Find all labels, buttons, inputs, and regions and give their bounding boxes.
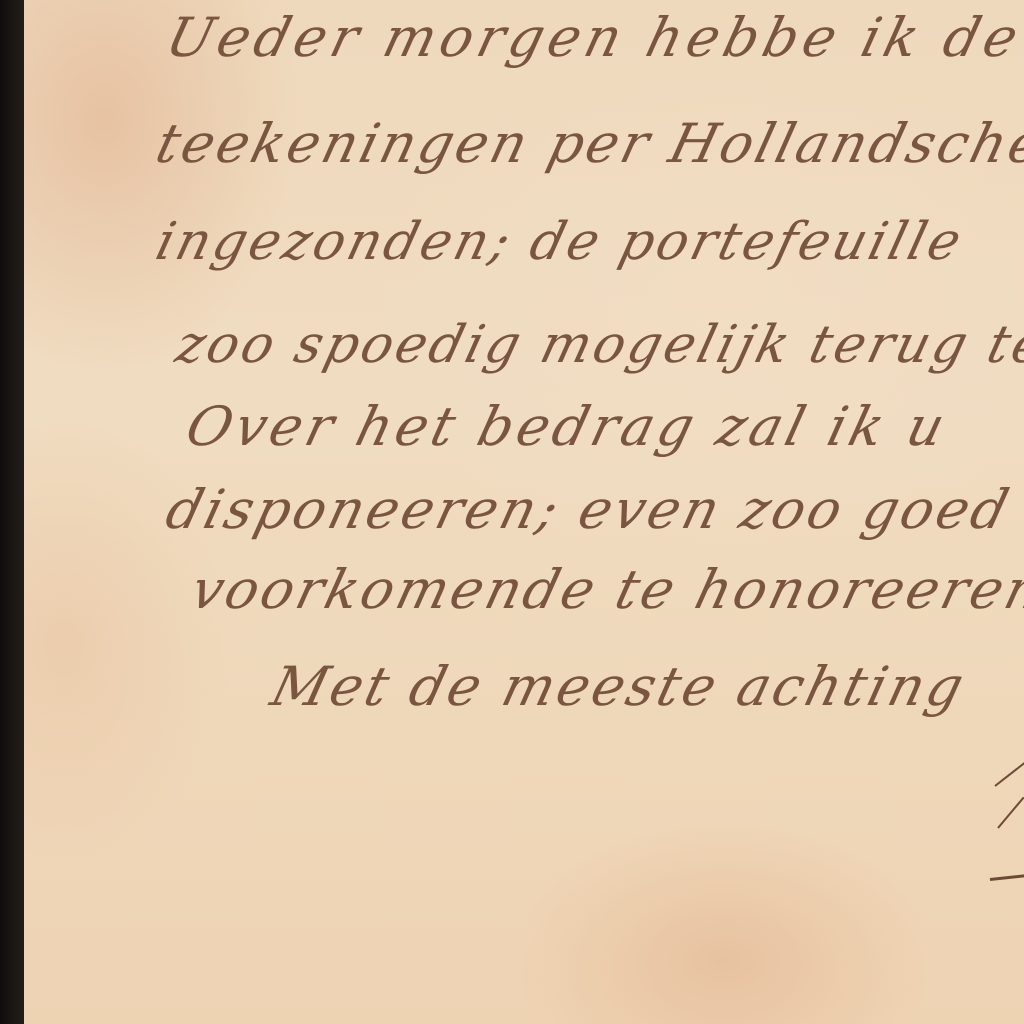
handwritten-line-3: ingezonden; de portefeuille (150, 212, 970, 272)
handwritten-line-6: disponeeren; even zoo goed (160, 478, 1018, 541)
letter-scan: Ueder morgen hebbe ik de teekeningen per… (0, 0, 1024, 1024)
handwritten-line-4: zoo spoedig mogelijk terug te (170, 315, 1024, 375)
handwritten-line-1: Ueder morgen hebbe ik de (160, 6, 1024, 69)
handwritten-line-5: Over het bedrag zal ik u (180, 395, 955, 458)
handwritten-line-7: voorkomende te honoreeren (185, 558, 1024, 621)
dark-binding-edge (0, 0, 25, 1024)
handwritten-line-2: teekeningen per Hollandsche (150, 112, 1024, 175)
closing-salutation: Met de meeste achting (265, 655, 973, 718)
